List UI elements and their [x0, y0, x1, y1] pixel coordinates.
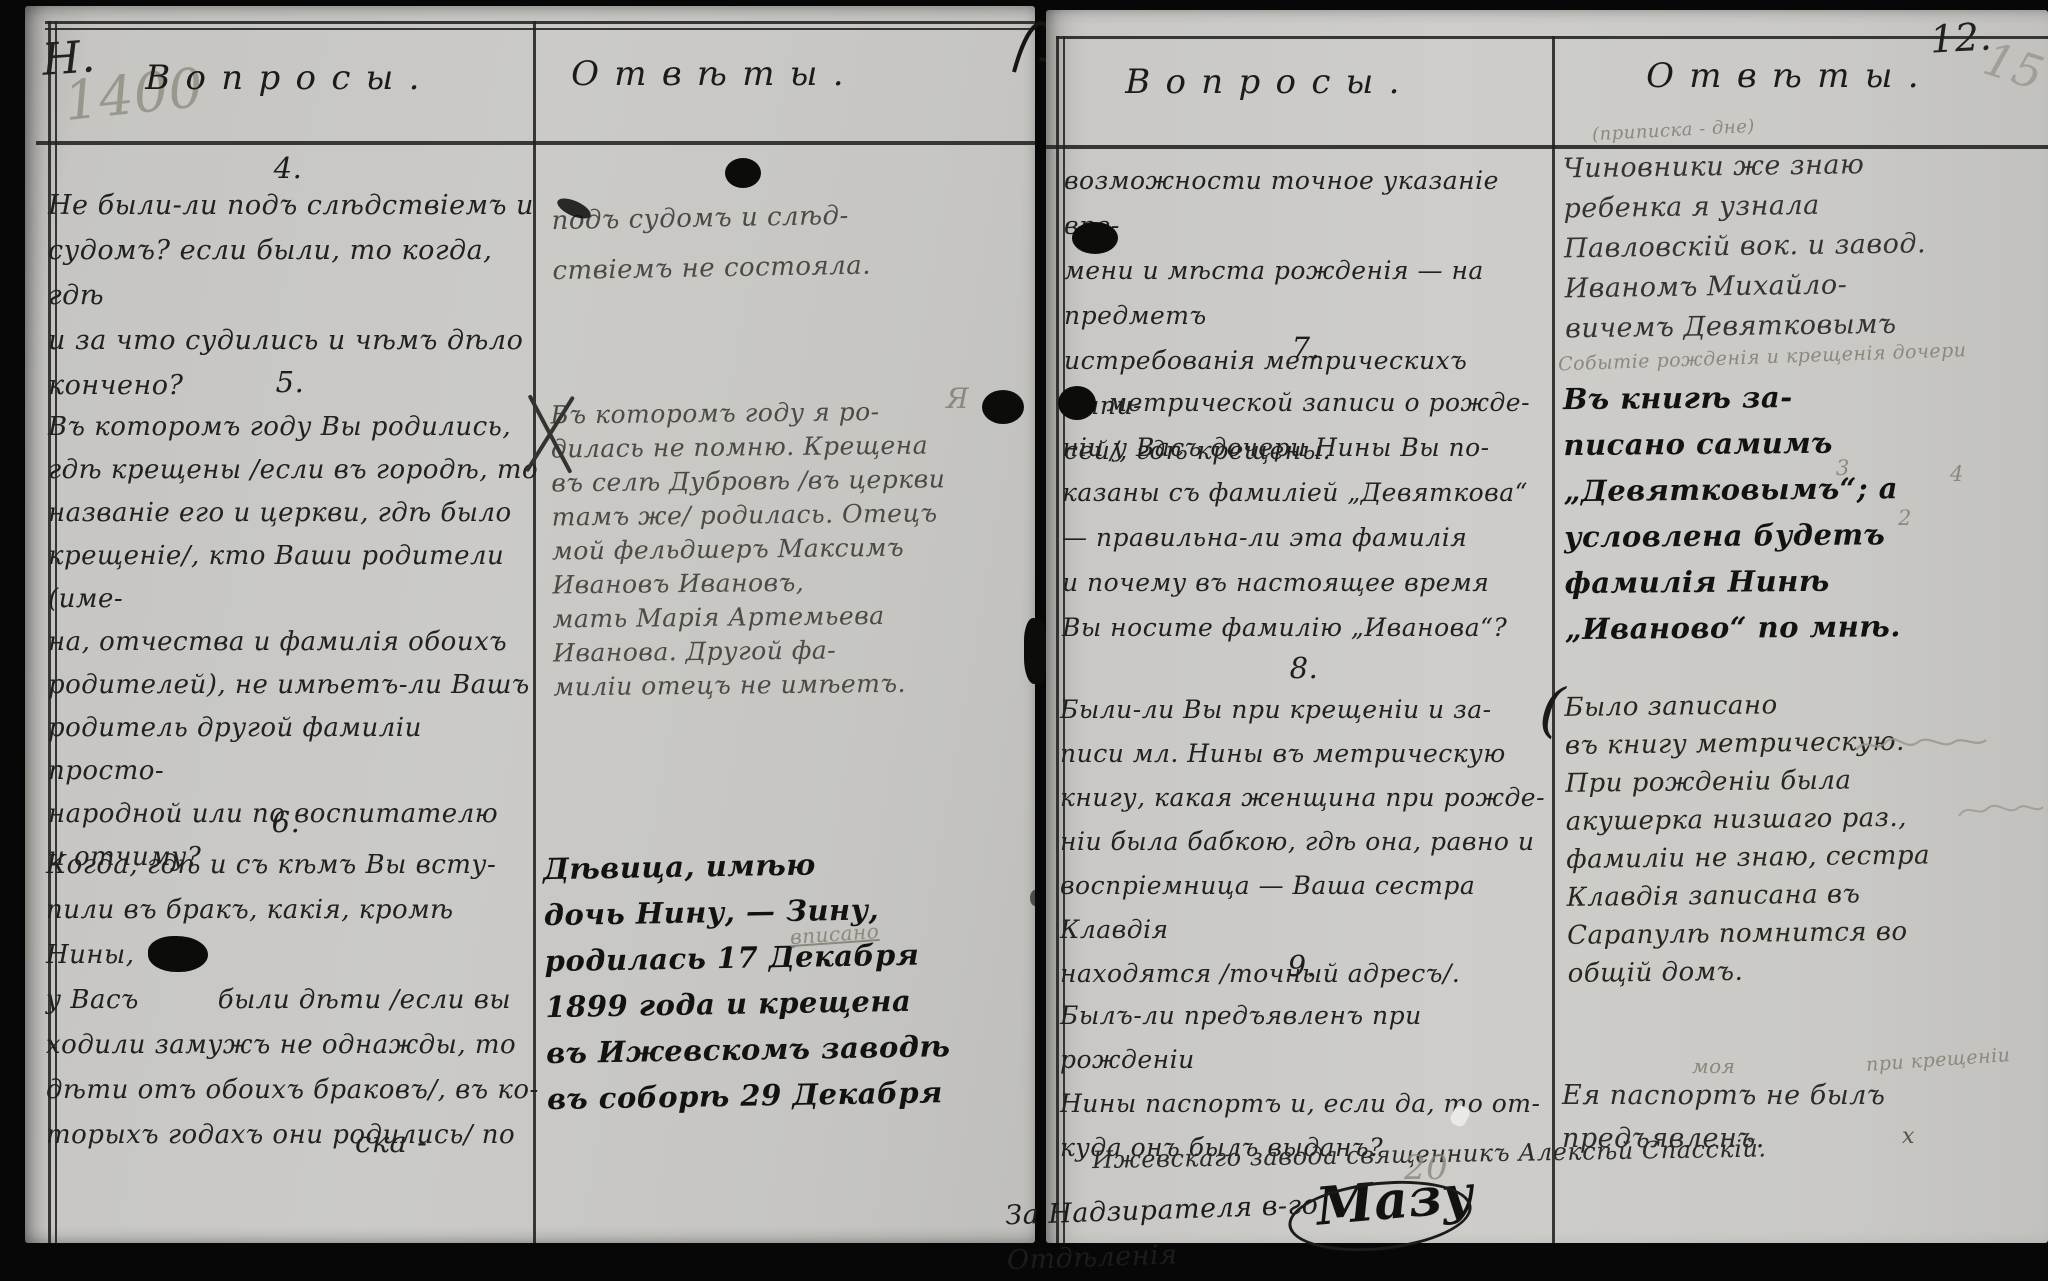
left-top-border-outer [45, 21, 1035, 24]
ink-blot [982, 390, 1024, 424]
pencil-scribble [1956, 798, 2046, 824]
left-top-border-inner [45, 28, 1035, 30]
ink-blot [725, 158, 761, 188]
question-9-number: 9. [1272, 944, 1332, 989]
question-7-number: 7. [1276, 326, 1336, 371]
scanned-document: { "colors":{"paper":"#cbcac7","ink":"#21… [0, 0, 2048, 1281]
answers-column-header-right: Отвѣты. [1600, 54, 1980, 99]
fold-speck [1030, 890, 1040, 906]
question-8-number: 8. [1274, 646, 1334, 691]
answer-4-text: подъ судомъ и слѣд- ствіемъ не состояла. [551, 188, 1023, 296]
answer-8-brace: ( [1538, 687, 1566, 734]
pencil-scribble [1852, 730, 1992, 760]
question-6-number: 6. [256, 800, 316, 845]
pencil-note-ya: Я [946, 376, 969, 421]
right-left-border-outer [1056, 36, 1059, 1243]
questions-column-header-left: Вопросы. [90, 56, 490, 101]
answers-column-header-left: Отвѣты. [520, 52, 910, 97]
continuation-answer-text: Чиновники же знаю ребенка я узнала Павло… [1563, 143, 2046, 350]
ink-blot-over-word [148, 936, 208, 972]
question-6-text: Когда, гдѣ и съ кѣмъ Вы всту- пили въ бр… [46, 843, 540, 1158]
answer-5-text: Въ которомъ году я ро- дилась не помню. … [550, 394, 1025, 705]
answer-6-text: Дѣвица, имѣю дочь Нину, — Зину, родилась… [543, 838, 1026, 1122]
pencil-digit-2: 2 [1898, 496, 1912, 541]
pencil-digit-4: 4 [1950, 452, 1964, 497]
question-5-number: 5. [260, 360, 320, 405]
ink-blot [1072, 222, 1118, 254]
answer-7-text: Въ книгѣ за- писано самимъ „Девятковымъ“… [1563, 372, 2045, 652]
questions-column-header-right: Вопросы. [1070, 60, 1470, 105]
pencil-number-20: 20 [1404, 1146, 1448, 1191]
ink-blot [1058, 386, 1096, 420]
right-column-divider [1552, 36, 1555, 1243]
question-7-text: Въ метрической записи о рожде- ніи у Вас… [1062, 380, 1550, 650]
pencil-note-vpisano: вписано [789, 909, 881, 960]
catchword: ска - [355, 1120, 427, 1165]
pencil-digit-3: 3 [1836, 446, 1850, 491]
